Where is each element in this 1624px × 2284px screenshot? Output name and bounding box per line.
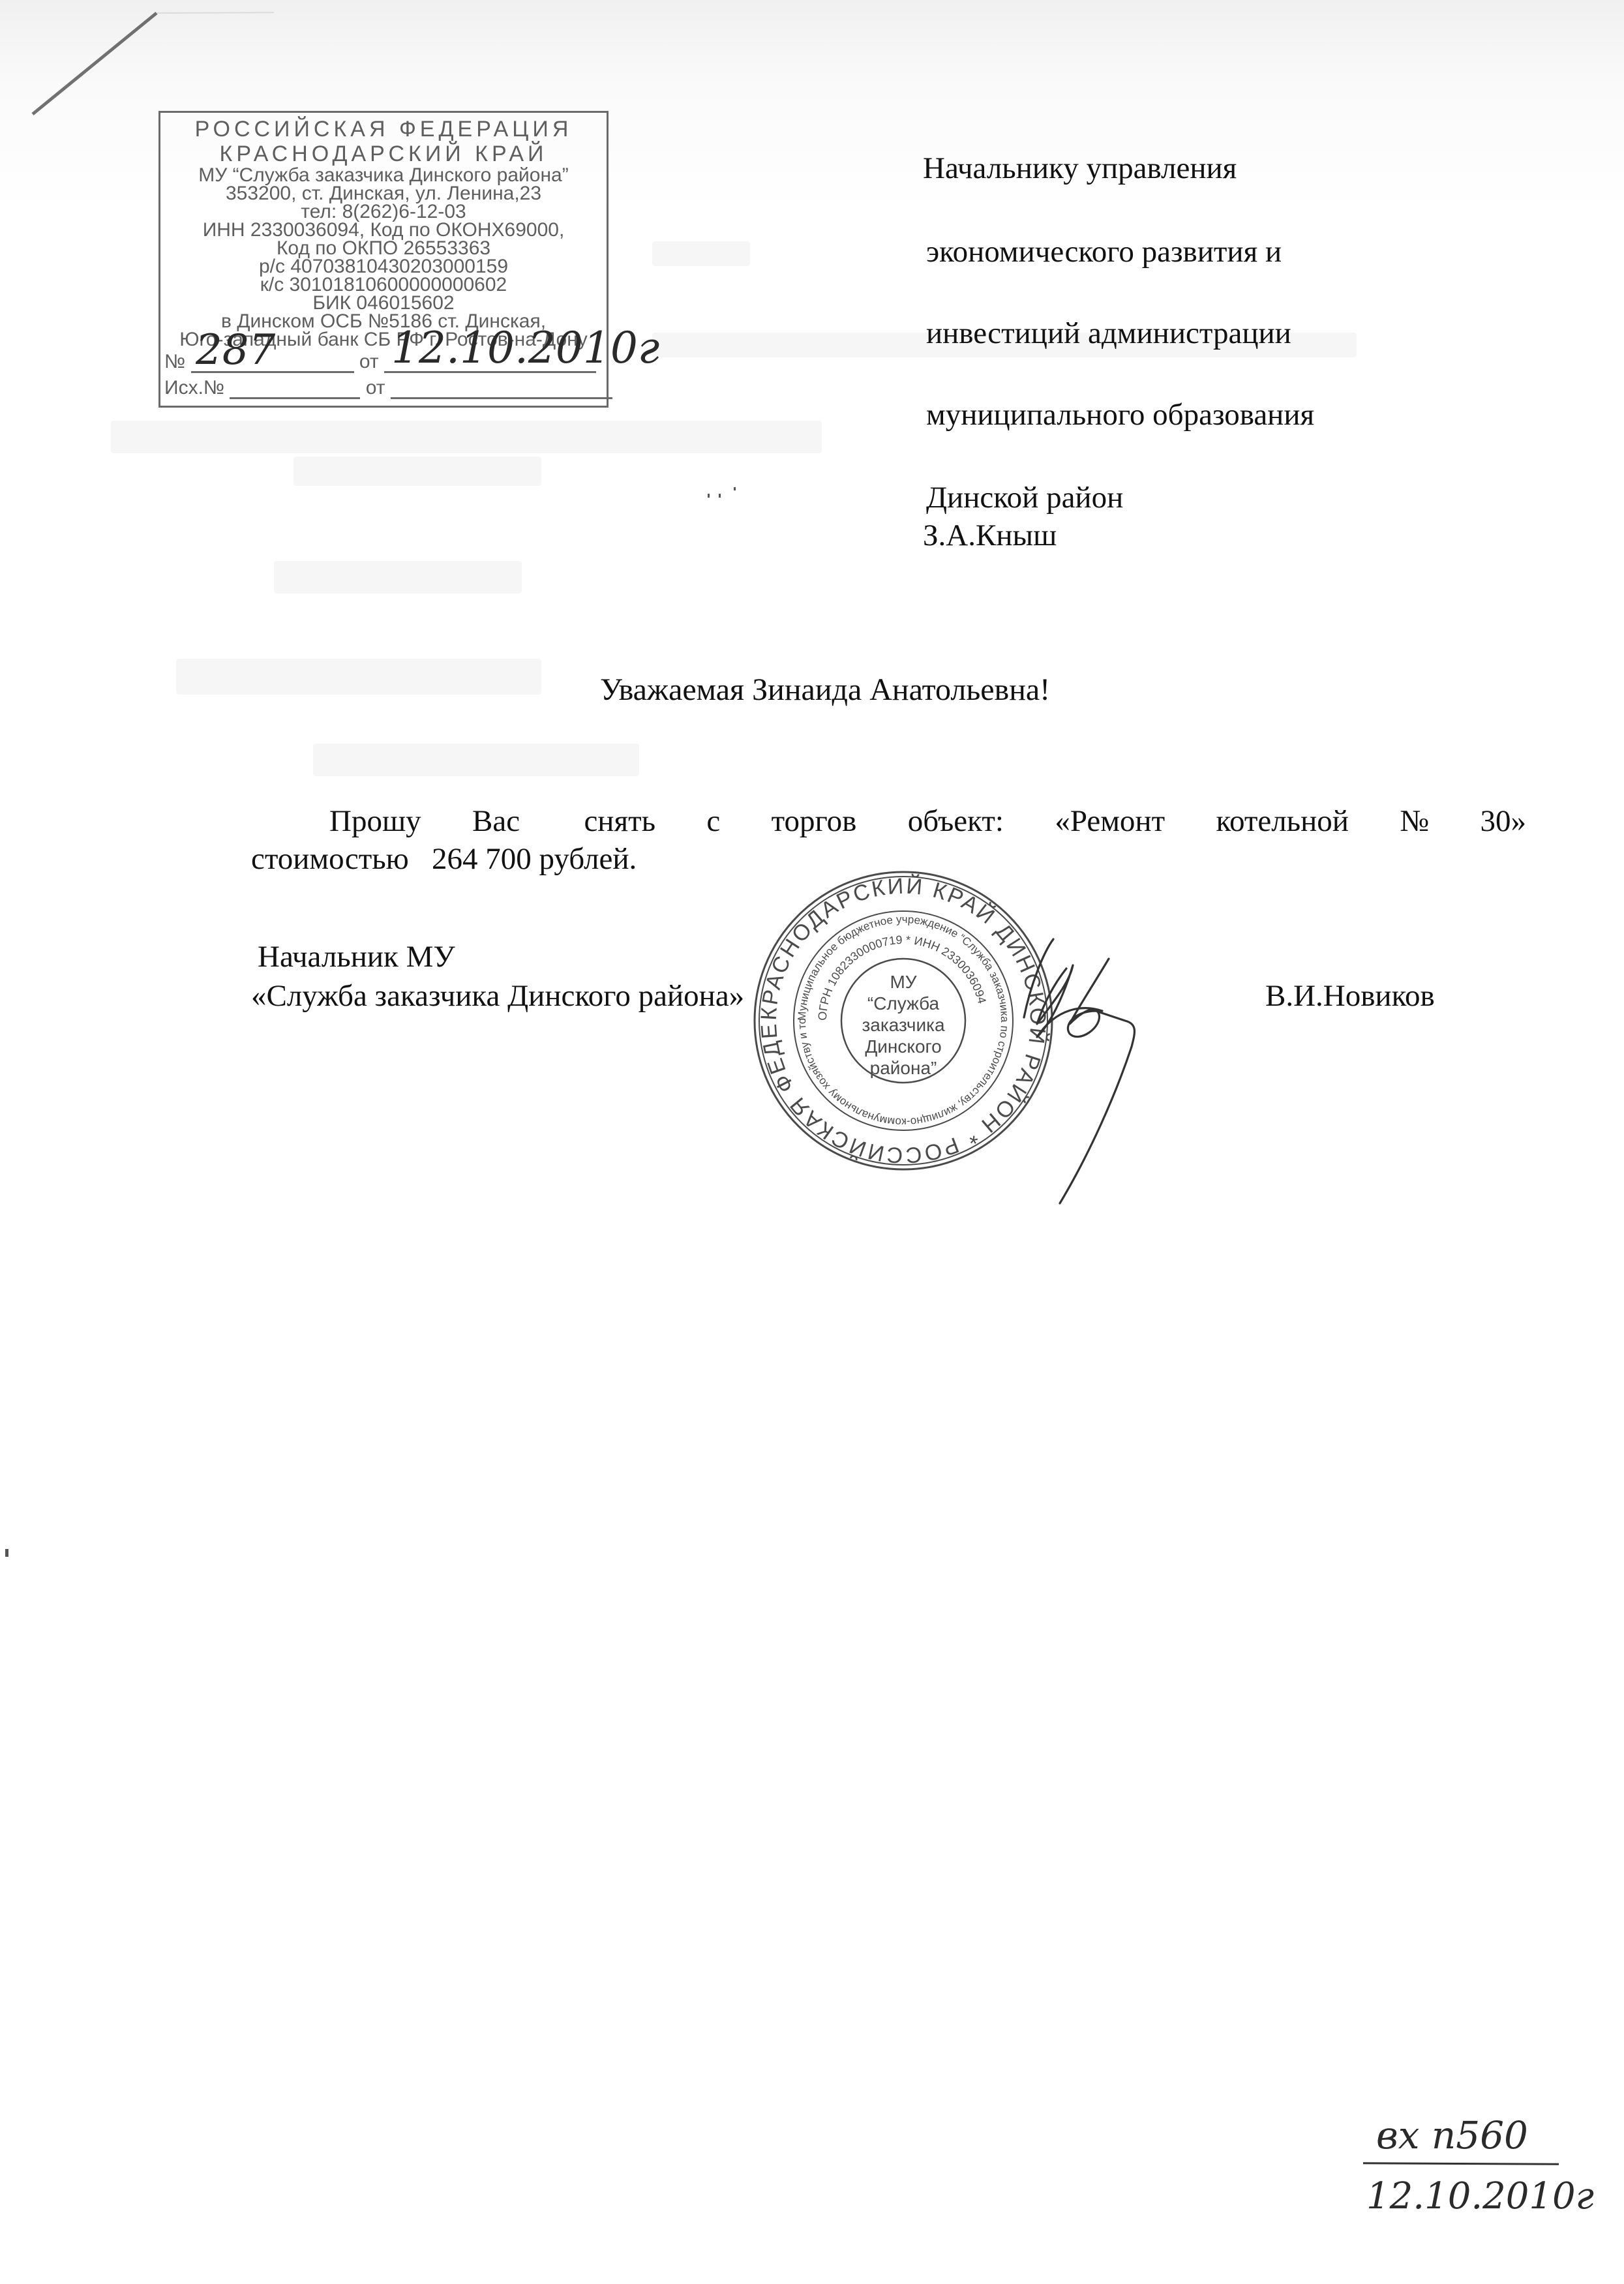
seal-center-line: Динского xyxy=(865,1036,941,1057)
handwritten-reg-date: 12.10.2010г xyxy=(391,323,659,373)
incoming-divider xyxy=(1363,2162,1559,2165)
addressee-line: муниципального образования xyxy=(926,400,1314,430)
stamp-inn: ИНН 2330036094, Код по ОКОНХ69000, xyxy=(160,221,607,239)
seal-center-line: района” xyxy=(870,1058,937,1078)
stamp-region: КРАСНОДАРСКИЙ КРАЙ xyxy=(160,142,607,166)
word: Прошу xyxy=(329,804,421,839)
outgoing-date-field xyxy=(391,379,612,399)
addressee-line: Динской район xyxy=(926,483,1123,513)
handwritten-signature xyxy=(1017,907,1187,1213)
word: торгов xyxy=(772,804,857,839)
seal-center-line: заказчика xyxy=(862,1015,945,1035)
request-line-1: Прошу Вас снять с торгов объект: «Ремонт… xyxy=(329,804,1526,839)
round-seal: КРАСНОДАРСКИЙ КРАЙ ДИНСКОЙ РАЙОН * РОССИ… xyxy=(750,867,1057,1174)
incoming-number: вх п560 xyxy=(1376,2113,1528,2157)
stamp-address: 353200, ст. Динская, ул. Ленина,23 xyxy=(160,185,607,203)
stamp-outgoing-row: Исх.№ от xyxy=(164,377,603,399)
signatory-title: Начальник МУ xyxy=(258,939,455,974)
scan-speck xyxy=(5,1549,8,1557)
incoming-registration-mark: вх п560 12.10.2010г xyxy=(1363,2107,1585,2250)
stamp-country: РОССИЙСКАЯ ФЕДЕРАЦИЯ xyxy=(160,117,607,142)
scan-top-margin xyxy=(0,0,1624,12)
seal-center-line: “Служба xyxy=(867,993,940,1014)
word: Вас xyxy=(472,804,520,839)
addressee-name: З.А.Кныш xyxy=(923,520,1057,551)
ghost-text xyxy=(274,561,522,594)
stamp-phone: тел: 8(262)6-12-03 xyxy=(160,203,607,221)
word: снять xyxy=(584,804,655,839)
word: 30» xyxy=(1480,804,1526,839)
outgoing-number-field xyxy=(230,379,360,399)
stamp-account: р/с 40703810430203000159 xyxy=(160,258,607,276)
addressee-line: инвестиций администрации xyxy=(926,318,1291,349)
stamp-org-name: МУ “Служба заказчика Динского района” xyxy=(160,166,607,185)
seal-center-line: МУ xyxy=(890,972,916,992)
signatory-organization: «Служба заказчика Динского района» xyxy=(251,978,744,1014)
scan-speck xyxy=(708,494,710,498)
addressee-line: экономического развития и xyxy=(926,237,1282,267)
outgoing-date-label: от xyxy=(366,377,385,399)
greeting: Уважаемая Зинаида Анатольевна! xyxy=(600,672,1050,708)
word: с xyxy=(706,804,720,839)
ghost-text xyxy=(293,457,541,486)
scan-speck xyxy=(734,487,736,490)
reg-number-label: № xyxy=(164,351,185,373)
scan-speck xyxy=(719,494,721,498)
word: № xyxy=(1400,804,1429,839)
word: «Ремонт xyxy=(1055,804,1165,839)
outgoing-number-label: Исх.№ xyxy=(164,377,224,399)
request-line-2: стоимостью 264 700 рублей. xyxy=(251,841,637,877)
word: котельной xyxy=(1216,804,1349,839)
stamp-bik: БИК 046015602 xyxy=(160,294,607,312)
stamp-corr-account: к/с 30101810600000000602 xyxy=(160,276,607,294)
addressee-line: Начальнику управления xyxy=(923,153,1237,184)
word: объект: xyxy=(908,804,1004,839)
ghost-text xyxy=(111,421,822,453)
ghost-text xyxy=(652,241,750,266)
ghost-text xyxy=(176,659,541,695)
incoming-date: 12.10.2010г xyxy=(1366,2175,1594,2217)
signatory-name: В.И.Новиков xyxy=(1265,978,1435,1014)
ghost-text xyxy=(313,744,639,776)
reg-date-label: от xyxy=(359,351,379,373)
handwritten-reg-number: 287 xyxy=(196,326,275,374)
stamp-okpo: Код по ОКПО 26553363 xyxy=(160,239,607,258)
